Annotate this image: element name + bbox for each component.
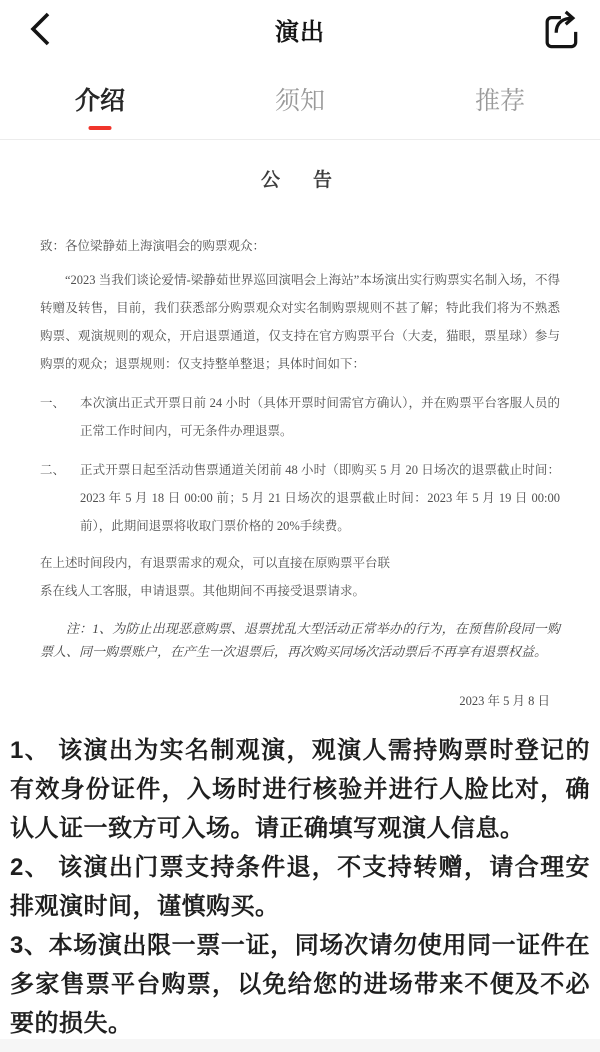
announcement-salutation: 致：各位梁静茹上海演唱会的购票观众：: [40, 232, 560, 260]
section-divider-band: [0, 1039, 600, 1052]
back-chevron-icon: [28, 11, 52, 47]
tab-recommend[interactable]: 推荐: [400, 58, 600, 139]
announcement-paragraph: 系在线人工客服，申请退票。其他期间不再接受退票请求。: [40, 577, 560, 605]
page-title: 演出: [0, 12, 600, 47]
purchase-terms: 1、 该演出为实名制观演，观演人需持购票时登记的有效身份证件，入场时进行核验并进…: [0, 731, 600, 1043]
announcement-document: 公 告 致：各位梁静茹上海演唱会的购票观众： “2023 当我们谈论爱情-梁静茹…: [0, 140, 600, 715]
tab-bar: 介绍 须知 推荐: [0, 58, 600, 140]
tab-notes[interactable]: 须知: [200, 58, 400, 139]
rule-text: 正式开票日起至活动售票通道关闭前 48 小时（即购买 5 月 20 日场次的退票…: [80, 456, 560, 540]
tab-recommend-label: 推荐: [475, 81, 525, 117]
announcement-title: 公 告: [40, 166, 560, 196]
back-button[interactable]: [20, 7, 60, 51]
active-tab-underline: [89, 126, 112, 130]
share-button[interactable]: [540, 7, 580, 51]
tab-notes-label: 须知: [275, 81, 325, 117]
rule-number: 二、: [40, 456, 80, 540]
rule-text: 本次演出正式开票日前 24 小时（具体开票时间需官方确认），并在购票平台客服人员…: [80, 389, 560, 445]
rule-number: 一、: [40, 389, 80, 445]
share-export-icon: [541, 8, 579, 50]
term-item-3: 3、本场演出限一票一证，同场次请勿使用同一证件在多家售票平台购票，以免给您的进场…: [10, 926, 590, 1043]
term-item-1: 1、 该演出为实名制观演，观演人需持购票时登记的有效身份证件，入场时进行核验并进…: [10, 731, 590, 848]
term-item-2: 2、 该演出门票支持条件退，不支持转赠，请合理安排观演时间，谨慎购买。: [10, 848, 590, 926]
refund-rule-item-2: 二、 正式开票日起至活动售票通道关闭前 48 小时（即购买 5 月 20 日场次…: [40, 456, 560, 540]
tab-intro-label: 介绍: [75, 81, 125, 117]
announcement-paragraph: 在上述时间段内，有退票需求的观众，可以直接在原购票平台联: [40, 549, 560, 577]
announcement-date: 2023 年 5 月 8 日: [40, 687, 560, 715]
announcement-note: 注：1、为防止出现恶意购票、退票扰乱大型活动正常举办的行为，在预售阶段同一购票人…: [40, 617, 560, 663]
navbar: 演出: [0, 0, 600, 58]
tab-intro[interactable]: 介绍: [0, 58, 200, 139]
announcement-paragraph: “2023 当我们谈论爱情-梁静茹世界巡回演唱会上海站”本场演出实行购票实名制入…: [40, 266, 560, 378]
refund-rule-item-1: 一、 本次演出正式开票日前 24 小时（具体开票时间需官方确认），并在购票平台客…: [40, 389, 560, 445]
